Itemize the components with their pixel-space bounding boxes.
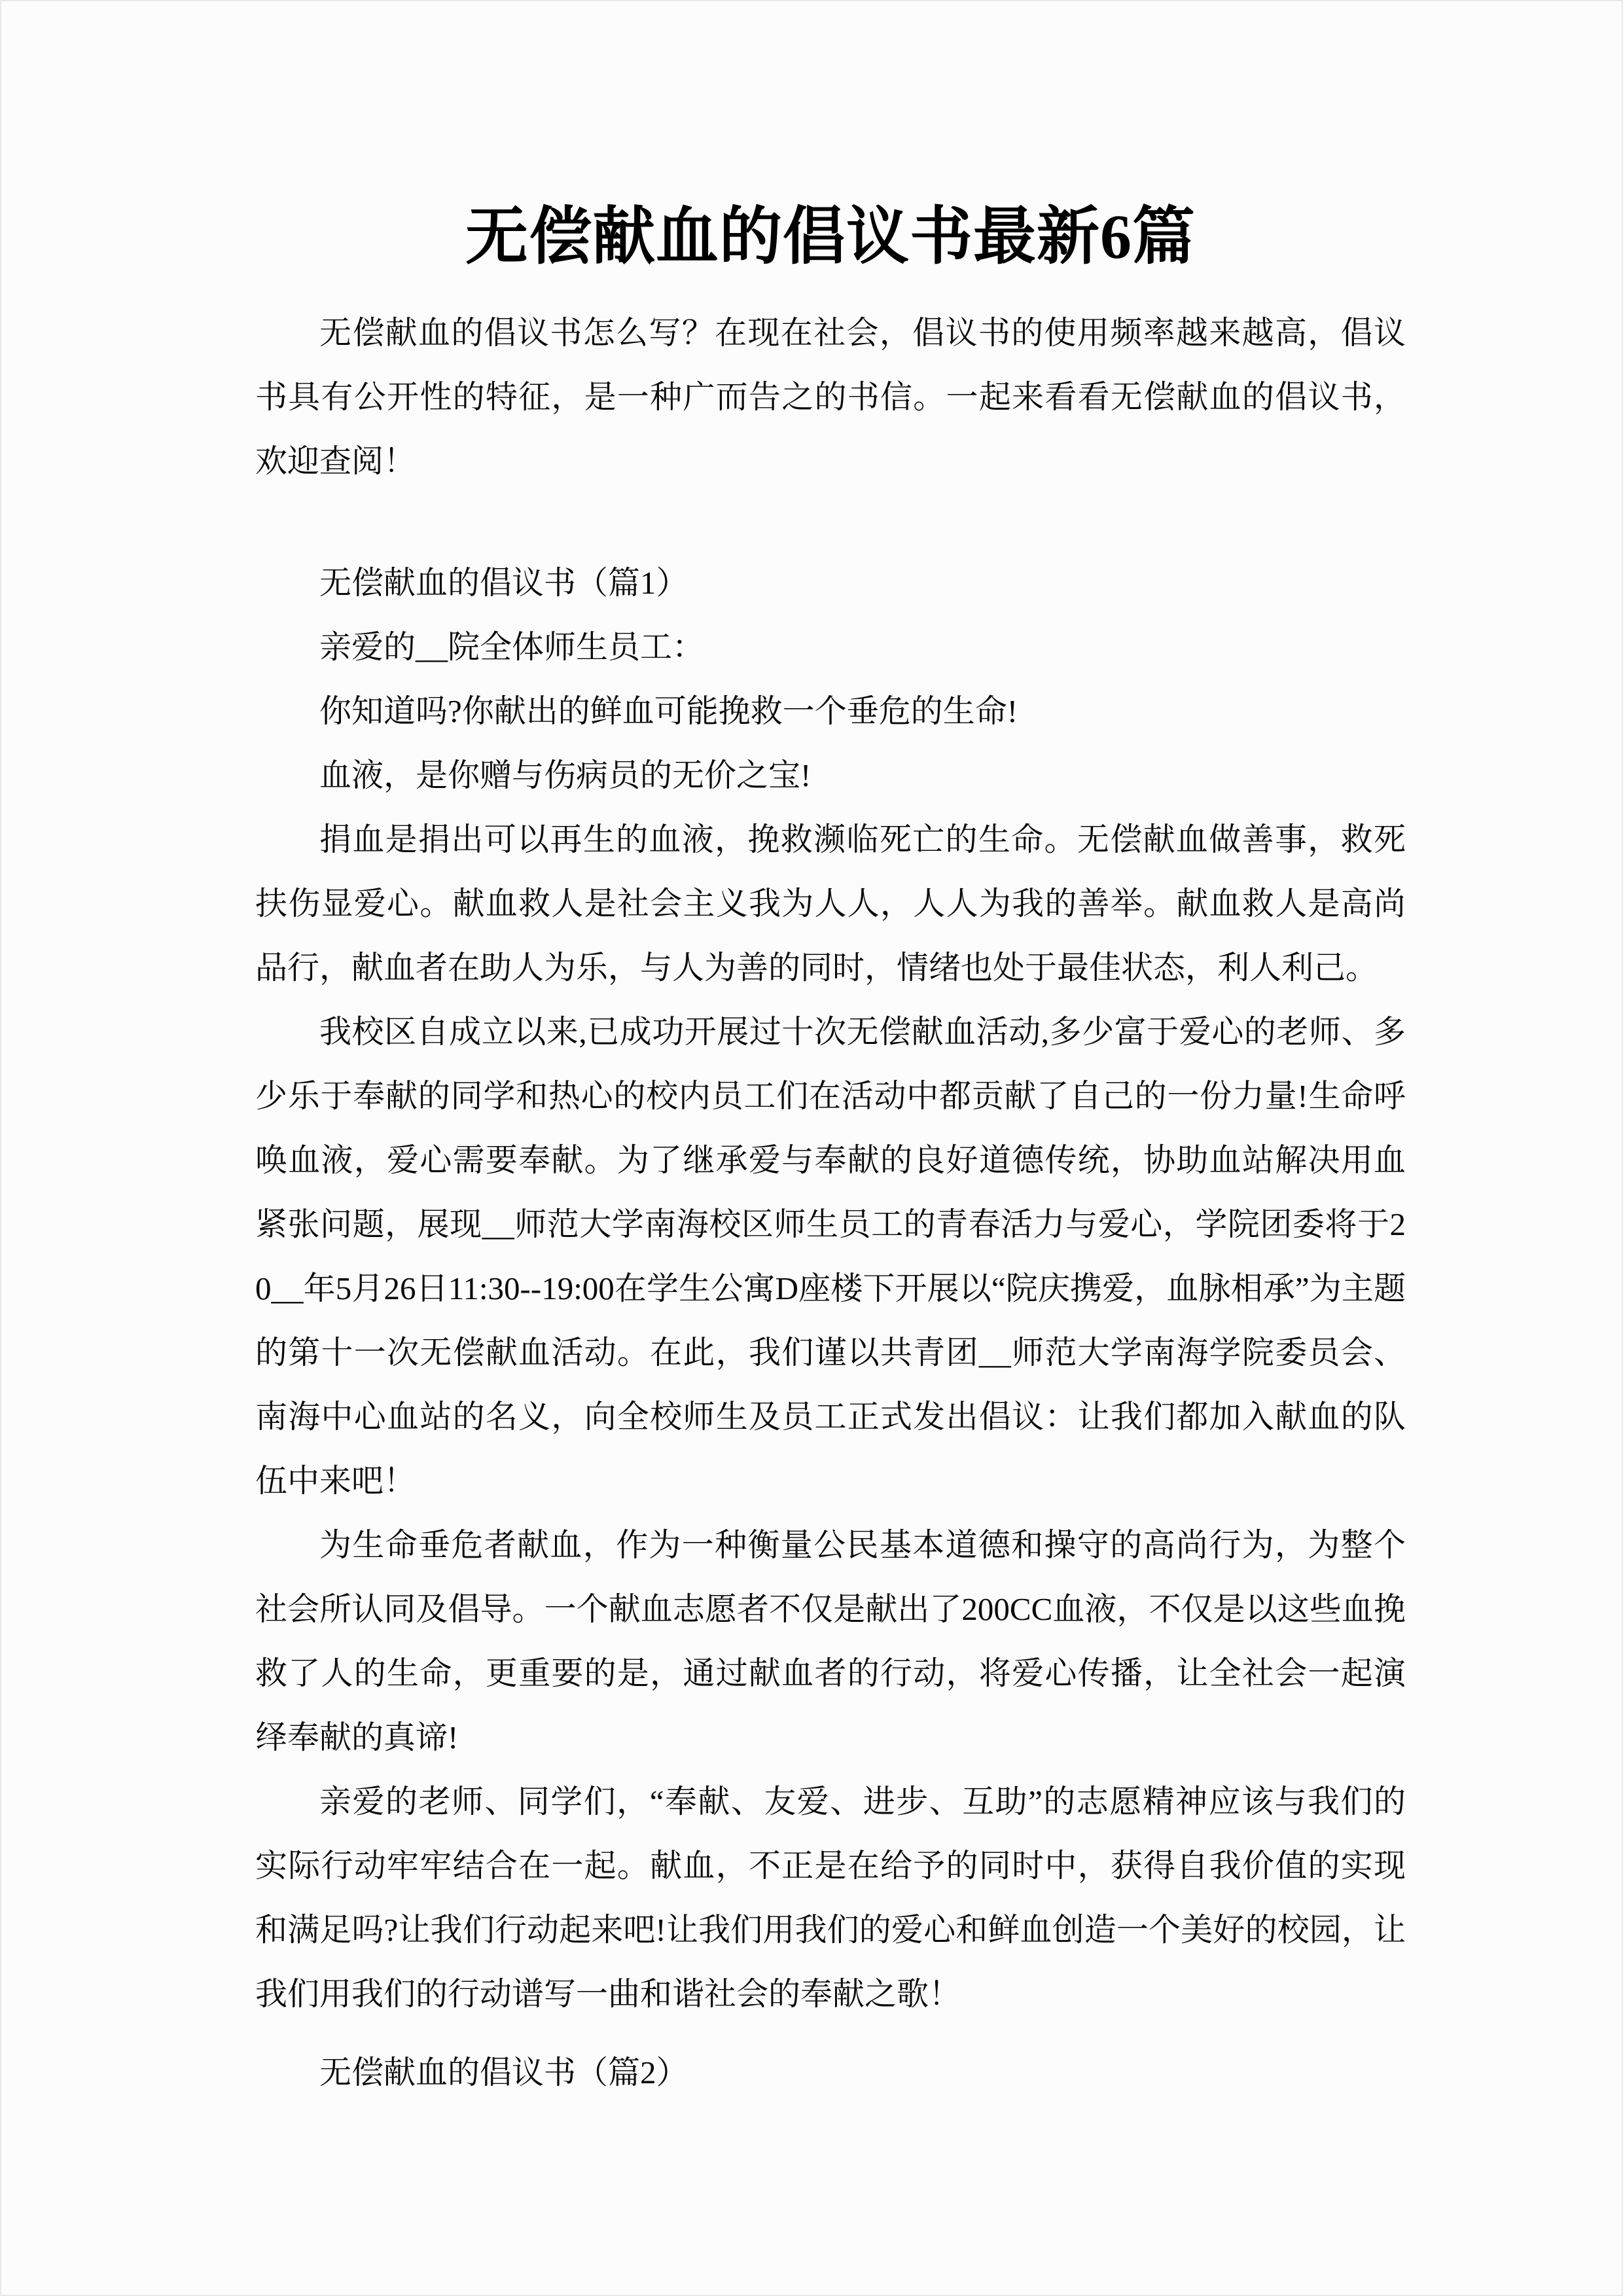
section-1-heading: 无偿献血的倡议书（篇1） [255, 551, 1406, 615]
section-1-paragraph: 血液，是你赠与伤病员的无价之宝! [255, 744, 1406, 808]
section-1-paragraph: 为生命垂危者献血，作为一种衡量公民基本道德和操守的高尚行为，为整个社会所认同及倡… [255, 1513, 1406, 1770]
section-1-paragraph: 捐血是捐出可以再生的血液，挽救濒临死亡的生命。无偿献血做善事，救死扶伤显爱心。献… [255, 808, 1406, 1000]
intro-paragraph: 无偿献血的倡议书怎么写？在现在社会，倡议书的使用频率越来越高，倡议书具有公开性的… [255, 301, 1406, 493]
document-page: 无偿献血的倡议书最新6篇 无偿献血的倡议书怎么写？在现在社会，倡议书的使用频率越… [0, 0, 1623, 2296]
section-1-paragraph: 我校区自成立以来,已成功开展过十次无偿献血活动,多少富于爱心的老师、多少乐于奉献… [255, 1000, 1406, 1513]
document-title: 无偿献血的倡议书最新6篇 [255, 196, 1406, 278]
section-1-paragraph: 亲爱的老师、同学们，“奉献、友爱、进步、互助”的志愿精神应该与我们的实际行动牢牢… [255, 1770, 1406, 2026]
section-2-heading: 无偿献血的倡议书（篇2） [255, 2041, 1406, 2105]
section-1-salutation: 亲爱的__院全体师生员工： [255, 615, 1406, 679]
section-1-paragraph: 你知道吗?你献出的鲜血可能挽救一个垂危的生命! [255, 679, 1406, 744]
